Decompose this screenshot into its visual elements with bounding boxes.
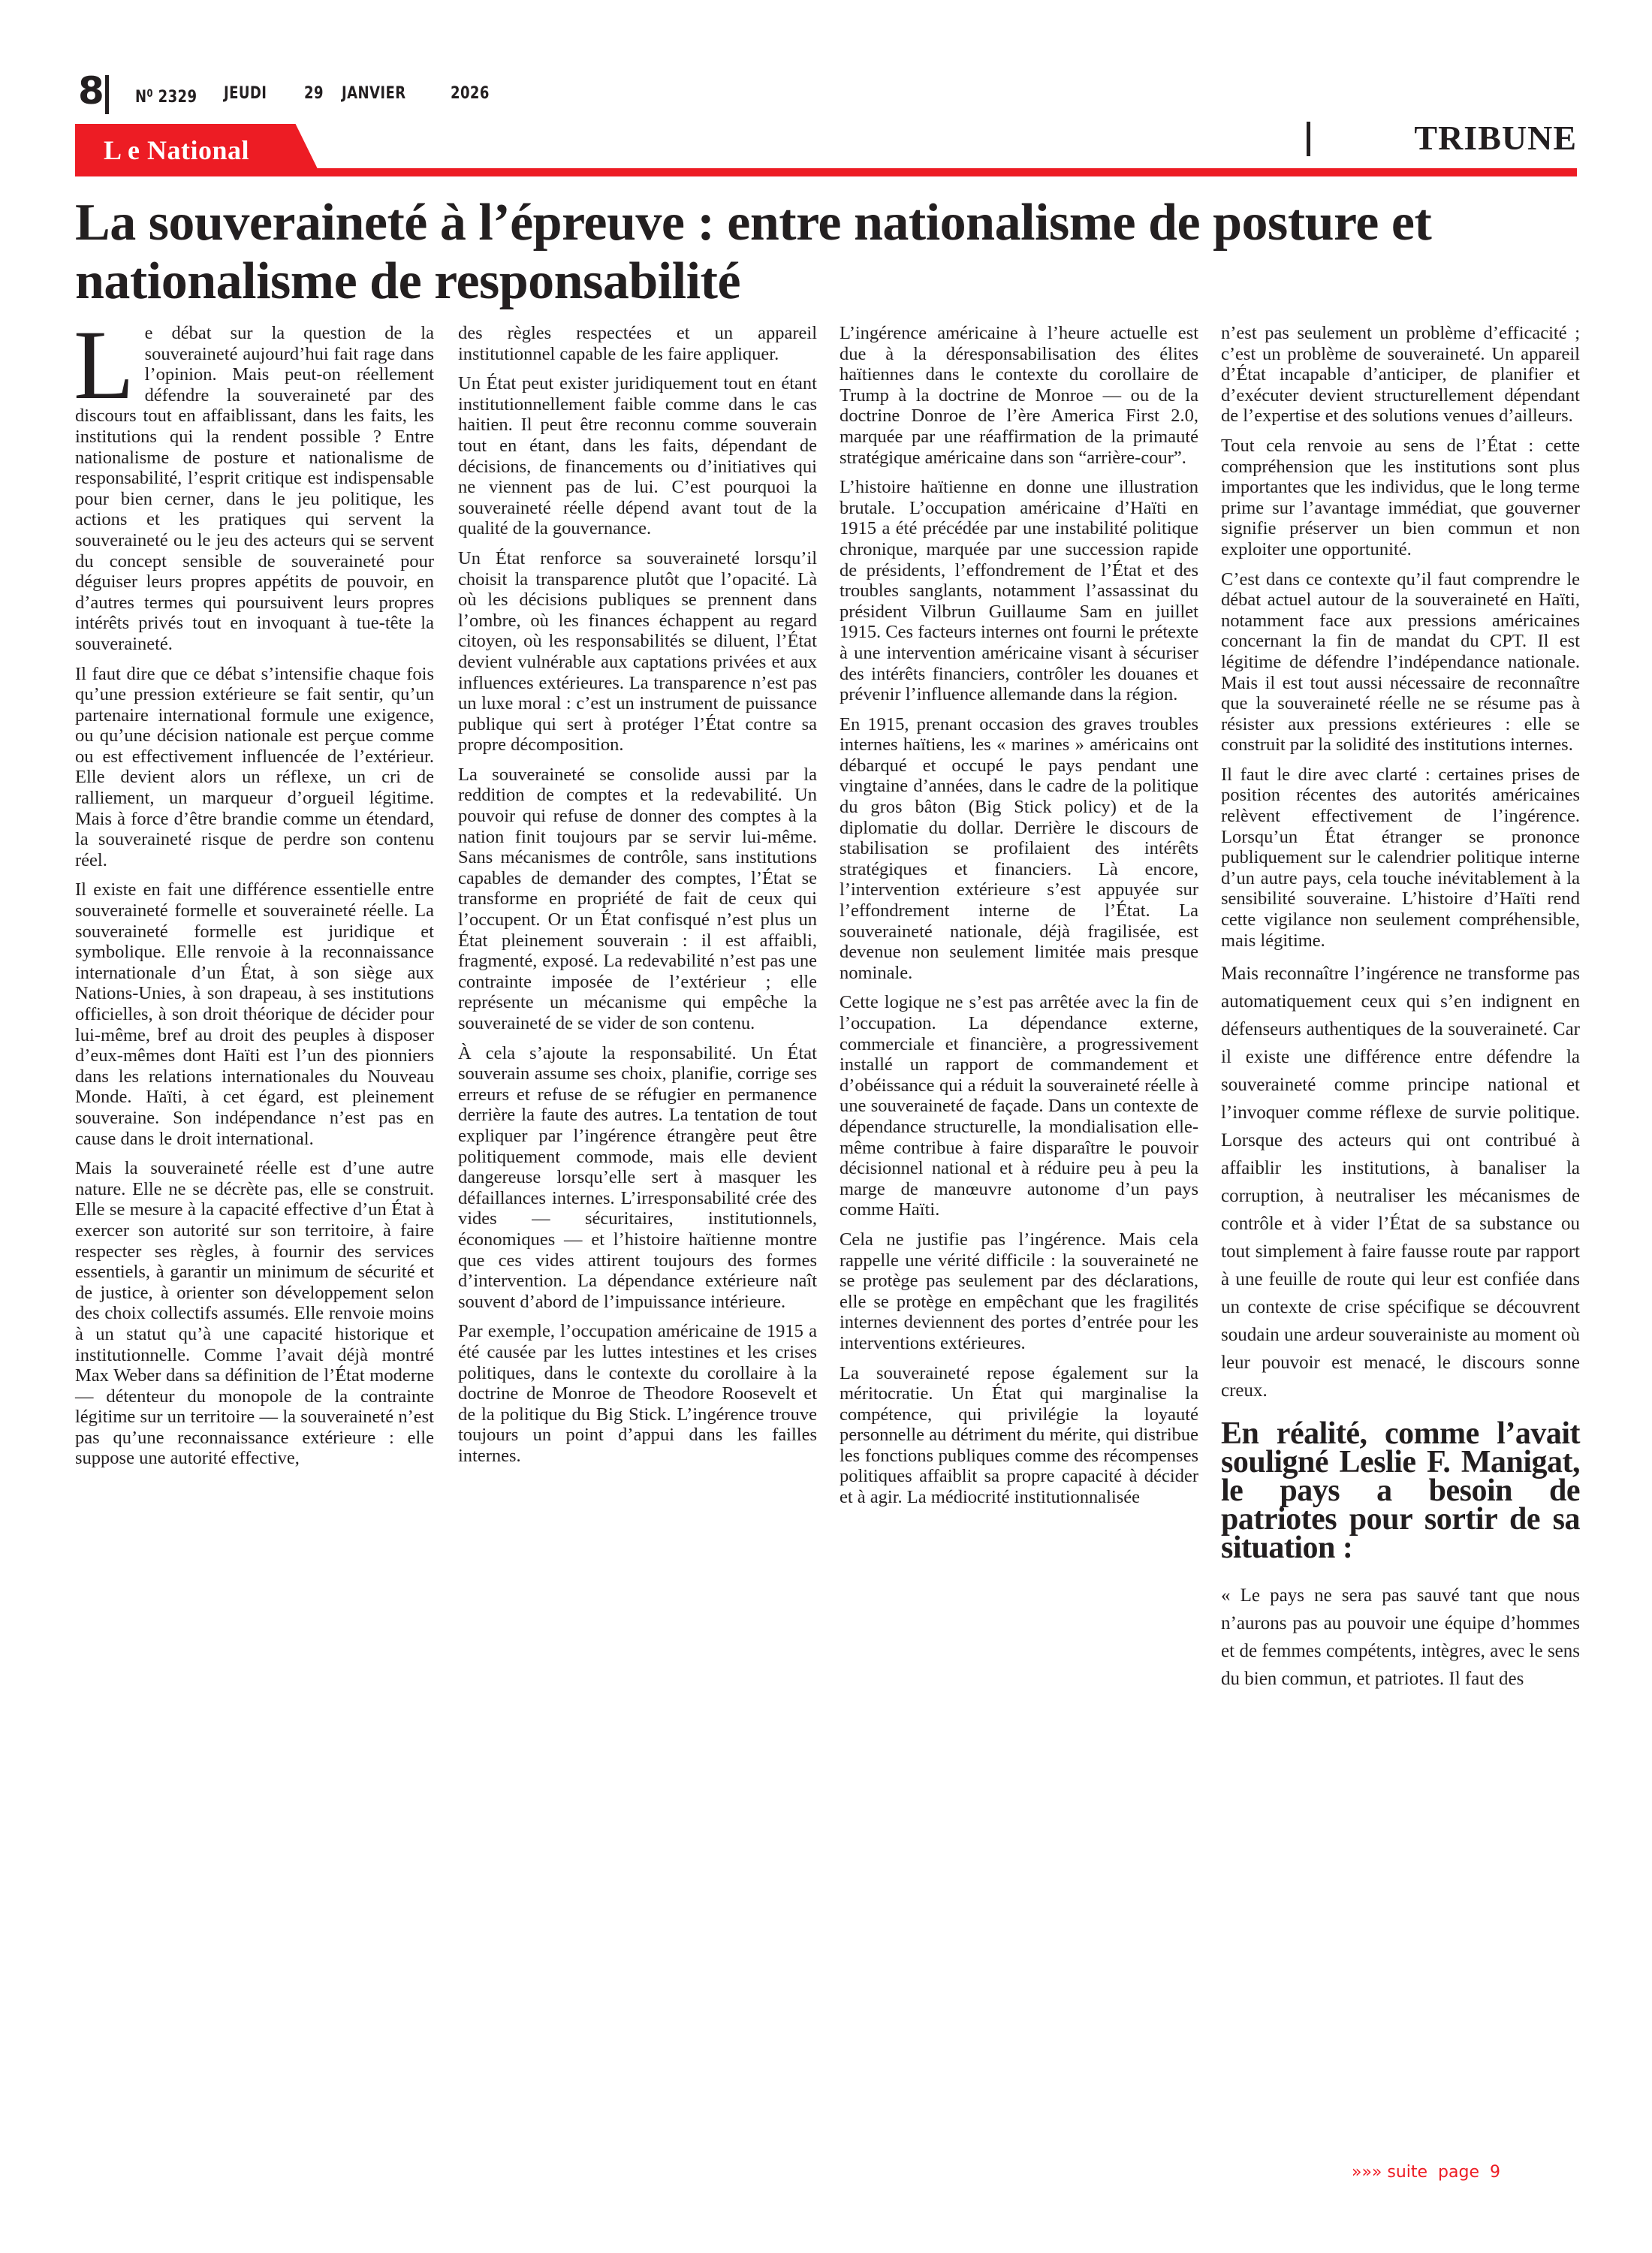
newspaper-logo: L e National: [104, 135, 249, 165]
article-paragraph: L’ingérence américaine à l’heure actuell…: [840, 323, 1198, 468]
continued-on-page-link[interactable]: »»» suite page 9: [1352, 2163, 1500, 2182]
issue-number-prefix: N: [135, 88, 147, 107]
article-paragraph: Cette logique ne s’est pas arrêtée avec …: [840, 992, 1198, 1220]
section-label: TRIBUNE: [1389, 119, 1577, 158]
header-rule: [75, 168, 1577, 176]
article-paragraph: C’est dans ce contexte qu’il faut compre…: [1221, 569, 1580, 756]
continue-label: suite page 9: [1387, 2163, 1500, 2182]
issue-number-value: 2329: [158, 88, 197, 107]
article-paragraph: Il faut dire que ce débat s’intensifie c…: [75, 664, 434, 871]
article-paragraph: Par exemple, l’occupation américaine de …: [458, 1321, 817, 1466]
article-paragraph: Le débat sur la question de la souverain…: [75, 323, 434, 655]
article-paragraph: Il existe en fait une différence essenti…: [75, 879, 434, 1149]
article-paragraph: Un État peut exister juridiquement tout …: [458, 373, 817, 539]
article-paragraph: La souveraineté se consolide aussi par l…: [458, 765, 817, 1034]
issue-month: JANVIER: [342, 84, 406, 104]
article-paragraph: En 1915, prenant occasion des graves tro…: [840, 714, 1198, 984]
section-divider: [1307, 122, 1310, 156]
article-paragraph: Cela ne justifie pas l’ingérence. Mais c…: [840, 1229, 1198, 1354]
article-column-3: L’ingérence américaine à l’heure actuell…: [840, 323, 1198, 1517]
issue-number-sup: 0: [147, 88, 153, 100]
issue-number: N0 2329: [135, 84, 197, 107]
article-subheading: En réalité, comme l’avait souligné Lesli…: [1221, 1419, 1580, 1562]
continue-arrows-icon: »»»: [1352, 2163, 1382, 2182]
article-paragraph: des règles respectées et un appareil ins…: [458, 323, 817, 364]
article-paragraph: Un État renforce sa souveraineté lorsqu’…: [458, 548, 817, 756]
article-headline: La souveraineté à l’épreuve : entre nati…: [75, 194, 1584, 311]
article-paragraph: À cela s’ajoute la responsabilité. Un Ét…: [458, 1043, 817, 1313]
article-paragraph: Il faut le dire avec clarté : certaines …: [1221, 765, 1580, 951]
article-paragraph: La souveraineté repose également sur la …: [840, 1363, 1198, 1508]
article-paragraph: Mais reconnaître l’ingérence ne transfor…: [1221, 960, 1580, 1404]
article-column-2: des règles respectées et un appareil ins…: [458, 323, 817, 1475]
article-paragraph: n’est pas seulement un problème d’effica…: [1221, 323, 1580, 427]
article-column-4: n’est pas seulement un problème d’effica…: [1221, 323, 1580, 1702]
issue-weekday: JEUDI: [224, 84, 267, 104]
article-paragraph: L’histoire haïtienne en donne une illust…: [840, 477, 1198, 705]
drop-cap: L: [74, 326, 134, 404]
issue-day: 29: [304, 84, 324, 104]
issue-year: 2026: [451, 84, 490, 104]
page-number: 8: [78, 70, 104, 112]
article-paragraph: Tout cela renvoie au sens de l’État : ce…: [1221, 436, 1580, 560]
article-column-1: Le débat sur la question de la souverain…: [75, 323, 434, 1478]
pull-quote: « Le pays ne sera pas sauvé tant que nou…: [1221, 1582, 1580, 1693]
article-paragraph: Mais la souveraineté réelle est d’une au…: [75, 1158, 434, 1469]
page-number-divider: [105, 75, 109, 114]
